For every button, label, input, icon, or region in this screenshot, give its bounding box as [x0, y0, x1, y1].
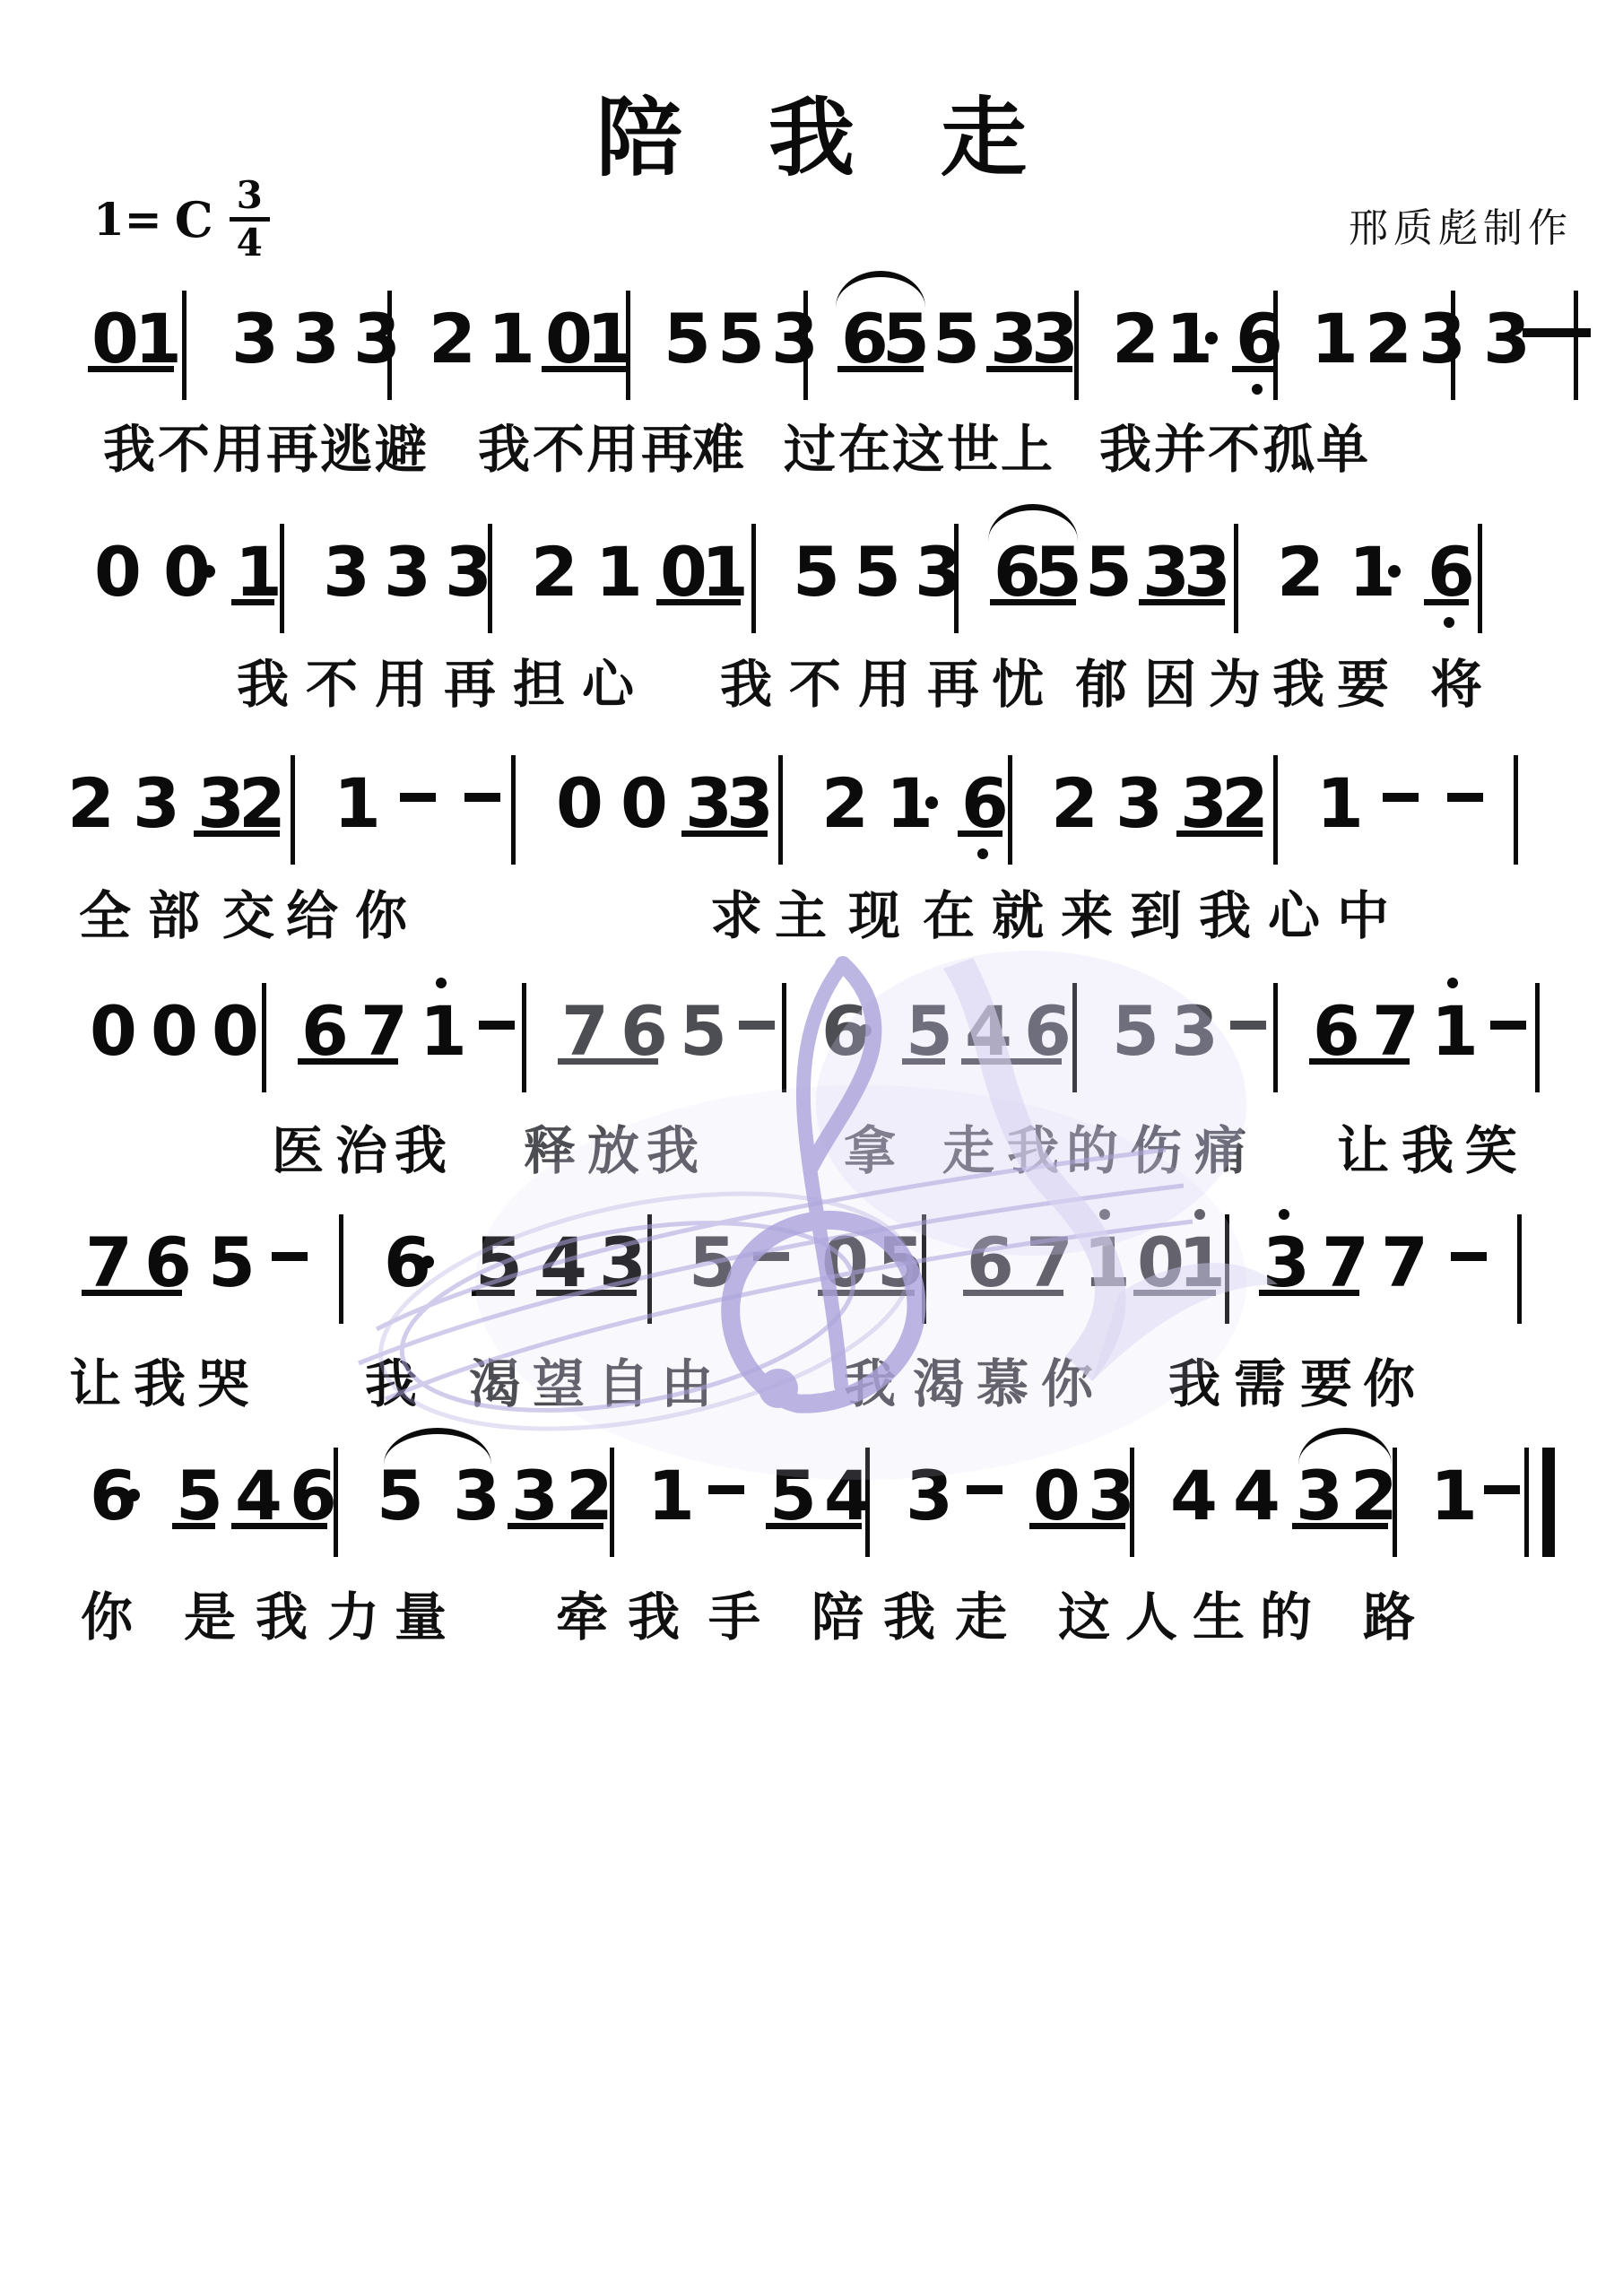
key-letter: C — [175, 191, 213, 248]
lyric-syllable: 不 — [533, 422, 585, 479]
lyric-syllable: 你 — [1041, 1356, 1093, 1413]
barline — [522, 983, 526, 1092]
barline — [291, 755, 295, 865]
duration-dash — [1451, 1252, 1487, 1261]
barline — [1535, 983, 1540, 1092]
lyric-syllable: 现 — [848, 888, 900, 945]
lyric-syllable: 再 — [927, 657, 979, 714]
note-number: 1 — [1349, 538, 1392, 606]
key-prefix: 1= — [93, 193, 162, 246]
lyric-syllable: 不 — [1208, 422, 1260, 479]
lyric-syllable: 孤 — [1263, 422, 1315, 479]
final-barline-thick — [1542, 1448, 1555, 1557]
lyric-syllable: 伤 — [1130, 1123, 1182, 1180]
barline — [1234, 524, 1238, 633]
note-number: 2 — [1051, 770, 1094, 838]
note-number: 6 — [384, 1229, 427, 1297]
note-number: 4 — [1233, 1462, 1276, 1530]
lyric-syllable: 再 — [641, 422, 693, 479]
note-number: 6 — [301, 997, 344, 1065]
watermark-staff-lines — [359, 1150, 1193, 1468]
lyric-syllable: 部 — [148, 888, 200, 945]
note-number: 4 — [540, 1229, 583, 1297]
barline — [782, 983, 786, 1092]
lyric-syllable: 郁 — [1075, 657, 1127, 714]
note-number: 5 — [933, 305, 976, 373]
lyric-syllable: 并 — [1154, 422, 1206, 479]
lyric-syllable: 因 — [1144, 657, 1196, 714]
beam-underline — [986, 366, 1072, 372]
duration-dash — [1230, 1021, 1266, 1030]
note-number: 6 — [994, 538, 1037, 606]
lyric-syllable: 就 — [992, 888, 1044, 945]
note-number: 0 — [91, 305, 135, 373]
beam-underline — [838, 366, 924, 372]
duration-dash — [1447, 793, 1483, 802]
lyric-syllable: 用 — [213, 422, 265, 479]
beam-underline — [963, 1290, 1063, 1296]
note-number: 0 — [212, 997, 255, 1065]
note-number: 7 — [1322, 1229, 1365, 1297]
lyric-syllable: 我 — [628, 1589, 680, 1647]
note-number: 5 — [1112, 997, 1155, 1065]
octave-dot-low — [1252, 384, 1263, 395]
lyric-syllable: 难 — [692, 422, 744, 479]
beam-underline — [990, 599, 1076, 605]
lyric-syllable: 拿 — [844, 1123, 896, 1180]
tie-arc — [988, 504, 1078, 541]
duration-dash — [1555, 328, 1591, 337]
octave-dot-high — [1194, 1209, 1205, 1220]
beam-underline — [1232, 366, 1277, 372]
note-number: 7 — [1026, 1229, 1069, 1297]
lyric-syllable: 心 — [1268, 888, 1320, 945]
lyric-syllable: 用 — [858, 657, 910, 714]
augmentation-dot — [127, 1489, 140, 1501]
barline — [1273, 755, 1278, 865]
duration-dash — [464, 793, 500, 802]
barline — [954, 524, 959, 633]
lyric-syllable: 再 — [266, 422, 318, 479]
octave-dot-high — [1099, 1209, 1110, 1220]
note-number: 2 — [429, 305, 472, 373]
barline — [922, 1214, 926, 1324]
beam-underline — [82, 1290, 182, 1296]
note-number: 6 — [841, 305, 884, 373]
note-number: 0 — [556, 770, 599, 838]
note-number: 5 — [208, 1229, 251, 1297]
barline — [1451, 291, 1455, 400]
barline — [803, 291, 808, 400]
lyric-syllable: 治 — [335, 1123, 387, 1180]
lyric-syllable: 上 — [1001, 422, 1053, 479]
lyric-syllable: 由 — [661, 1356, 713, 1413]
beam-underline — [818, 1290, 915, 1296]
note-number: 4 — [1170, 1462, 1213, 1530]
time-signature: 3 4 — [230, 176, 270, 263]
lyric-syllable: 自 — [597, 1356, 649, 1413]
note-number: 1 — [886, 770, 929, 838]
augmentation-dot — [925, 796, 938, 809]
barline — [339, 1214, 343, 1324]
note-number: 1 — [701, 538, 744, 606]
note-number: 3 — [445, 538, 488, 606]
beam-underline — [1309, 1058, 1410, 1065]
barline — [647, 1214, 652, 1324]
barline — [511, 755, 516, 865]
lyric-syllable: 再 — [444, 657, 496, 714]
key-and-time-signature: 1= C 3 4 — [93, 176, 270, 263]
arranger-credit: 邢质彪制作 — [1349, 196, 1573, 253]
note-number: 6 — [1024, 997, 1067, 1065]
beam-underline — [902, 1058, 945, 1065]
note-number: 6 — [144, 1229, 187, 1297]
note-number: 2 — [67, 770, 110, 838]
beam-underline — [656, 599, 741, 605]
note-number: 5 — [664, 305, 707, 373]
lyric-syllable: 我 — [1007, 1123, 1059, 1180]
note-number: 1 — [334, 770, 377, 838]
lyric-syllable: 将 — [1430, 657, 1482, 714]
note-number: 3 — [906, 1462, 949, 1530]
beam-underline — [1029, 1523, 1125, 1529]
lyric-syllable: 手 — [708, 1589, 760, 1647]
beam-underline — [1424, 599, 1469, 605]
barline — [1273, 983, 1278, 1092]
barline — [1074, 291, 1079, 400]
note-number: 6 — [961, 770, 1004, 838]
note-number: 2 — [1221, 770, 1264, 838]
note-number: 1 — [235, 538, 278, 606]
augmentation-dot — [421, 1256, 434, 1268]
barline — [610, 1448, 614, 1557]
beam-underline — [1139, 599, 1225, 605]
barline — [626, 291, 630, 400]
note-number: 5 — [793, 538, 836, 606]
note-number: 3 — [1296, 1462, 1339, 1530]
lyric-syllable: 全 — [79, 888, 131, 945]
note-number: 1 — [647, 1462, 690, 1530]
beam-underline — [88, 366, 174, 372]
note-number: 7 — [1372, 997, 1415, 1065]
note-number: 3 — [292, 305, 335, 373]
note-number: 0 — [94, 538, 137, 606]
note-number: 5 — [1035, 538, 1078, 606]
lyric-syllable: 量 — [395, 1589, 447, 1647]
lyric-syllable: 我 — [478, 422, 530, 479]
beam-underline — [231, 1523, 327, 1529]
beam-underline — [1259, 1290, 1359, 1296]
lyric-syllable: 我 — [720, 657, 772, 714]
lyric-syllable: 避 — [375, 422, 427, 479]
barline — [1517, 1214, 1522, 1324]
lyric-syllable: 用 — [375, 657, 427, 714]
beam-underline — [542, 366, 626, 372]
duration-dash — [1383, 793, 1419, 802]
lyric-syllable: 要 — [1337, 657, 1389, 714]
time-signature-denominator: 4 — [237, 222, 263, 263]
note-number: 1 — [1166, 305, 1209, 373]
duration-dash — [753, 1252, 789, 1261]
barline — [334, 1448, 338, 1557]
note-number: 1 — [420, 997, 463, 1065]
note-number: 2 — [1112, 305, 1155, 373]
note-number: 3 — [231, 305, 274, 373]
note-number: 3 — [1115, 770, 1159, 838]
barline — [262, 983, 266, 1092]
lyric-syllable: 我 — [647, 1123, 699, 1180]
beam-underline — [231, 599, 274, 605]
note-number: 4 — [965, 997, 1008, 1065]
lyric-syllable: 让 — [1337, 1123, 1389, 1180]
augmentation-dot — [859, 1024, 872, 1037]
note-number: 1 — [1083, 1229, 1126, 1297]
note-number: 1 — [1430, 1462, 1473, 1530]
lyric-syllable: 我 — [365, 1356, 417, 1413]
lyric-syllable: 的 — [1066, 1123, 1118, 1180]
note-number: 5 — [717, 305, 760, 373]
beam-underline — [558, 1058, 658, 1065]
lyric-syllable: 路 — [1363, 1589, 1415, 1647]
lyric-syllable: 不 — [158, 422, 210, 479]
barline — [1393, 1448, 1397, 1557]
octave-dot-high — [1447, 978, 1458, 988]
lyric-syllable: 我 — [237, 657, 289, 714]
lyric-syllable: 让 — [69, 1356, 121, 1413]
note-number: 6 — [1236, 305, 1279, 373]
note-number: 3 — [1142, 538, 1185, 606]
note-number: 1 — [586, 305, 629, 373]
note-number: 3 — [1483, 305, 1526, 373]
note-number: 3 — [1184, 538, 1227, 606]
note-number: 3 — [453, 1462, 496, 1530]
note-number: 6 — [1313, 997, 1356, 1065]
lyric-syllable: 到 — [1130, 888, 1182, 945]
note-number: 5 — [769, 1462, 812, 1530]
lyric-syllable: 我 — [883, 1589, 935, 1647]
note-number: 3 — [1171, 997, 1214, 1065]
lyric-syllable: 痛 — [1194, 1123, 1246, 1180]
lyric-syllable: 你 — [81, 1589, 133, 1647]
lyric-syllable: 担 — [513, 657, 565, 714]
lyric-syllable: 求 — [710, 888, 762, 945]
octave-dot-low — [977, 848, 988, 859]
beam-underline — [172, 1523, 215, 1529]
beam-underline — [298, 1058, 398, 1065]
barline — [751, 524, 756, 633]
note-number: 6 — [821, 997, 864, 1065]
note-number: 1 — [135, 305, 178, 373]
lyric-syllable: 我 — [256, 1589, 308, 1647]
note-number: 0 — [821, 1229, 864, 1297]
lyric-syllable: 用 — [586, 422, 638, 479]
barline — [182, 291, 187, 400]
lyric-syllable: 我 — [103, 422, 155, 479]
lyric-syllable: 忧 — [992, 657, 1044, 714]
lyric-syllable: 给 — [286, 888, 338, 945]
beam-underline — [1176, 831, 1263, 837]
lyric-syllable: 我 — [134, 1356, 186, 1413]
augmentation-dot — [1205, 332, 1218, 344]
barline — [1072, 983, 1077, 1092]
lyric-syllable: 不 — [306, 657, 358, 714]
note-number: 0 — [90, 997, 133, 1065]
note-number: 0 — [151, 997, 194, 1065]
note-number: 2 — [1277, 538, 1320, 606]
note-number: 1 — [595, 538, 638, 606]
lyric-syllable: 牵 — [556, 1589, 608, 1647]
beam-underline — [536, 1290, 637, 1296]
tie-arc — [1298, 1428, 1392, 1465]
duration-dash — [739, 1021, 775, 1030]
lyric-syllable: 来 — [1061, 888, 1113, 945]
note-number: 3 — [1088, 1462, 1131, 1530]
lyric-syllable: 人 — [1125, 1589, 1177, 1647]
note-number: 0 — [1033, 1462, 1076, 1530]
beam-underline — [1292, 1523, 1388, 1529]
note-number: 0 — [545, 305, 588, 373]
lyric-syllable: 在 — [838, 422, 890, 479]
beam-underline — [1133, 1290, 1216, 1296]
lyric-syllable: 渴 — [469, 1356, 521, 1413]
lyric-syllable: 渴 — [913, 1356, 965, 1413]
note-number: 2 — [566, 1462, 609, 1530]
lyric-syllable: 走 — [942, 1123, 994, 1180]
note-number: 3 — [511, 1462, 554, 1530]
note-number: 3 — [915, 538, 958, 606]
lyric-syllable: 生 — [1193, 1589, 1245, 1647]
lyric-syllable: 我 — [1168, 1356, 1220, 1413]
octave-dot-high — [436, 978, 447, 988]
note-number: 2 — [1350, 1462, 1393, 1530]
note-number: 5 — [680, 997, 723, 1065]
lyric-syllable: 主 — [775, 888, 827, 945]
note-number: 3 — [133, 770, 176, 838]
final-barline-thin — [1524, 1448, 1529, 1557]
note-number: 1 — [1178, 1229, 1221, 1297]
note-number: 5 — [882, 305, 925, 373]
barline — [1008, 755, 1012, 865]
note-number: 6 — [90, 1462, 133, 1530]
note-number: 1 — [1431, 997, 1474, 1065]
lyric-syllable: 释 — [524, 1123, 576, 1180]
note-number: 3 — [323, 538, 366, 606]
lyric-syllable: 我 — [395, 1123, 447, 1180]
duration-dash — [1523, 328, 1558, 337]
sheet-music-page: 陪 我 走 1= C 3 4 邢质彪制作 0133321015536553321… — [0, 0, 1623, 2296]
lyric-syllable: 过 — [784, 422, 836, 479]
barline — [1273, 291, 1278, 400]
lyric-syllable: 逃 — [320, 422, 372, 479]
note-number: 1 — [488, 305, 531, 373]
duration-dash — [708, 1485, 744, 1494]
octave-dot-low — [1444, 617, 1454, 628]
note-number: 2 — [821, 770, 864, 838]
lyric-syllable: 望 — [533, 1356, 585, 1413]
note-number: 2 — [531, 538, 574, 606]
lyric-syllable: 世 — [947, 422, 999, 479]
barline — [1514, 755, 1518, 865]
lyric-syllable: 哭 — [197, 1356, 249, 1413]
note-number: 7 — [85, 1229, 128, 1297]
lyric-syllable: 医 — [272, 1123, 324, 1180]
duration-dash — [1490, 1021, 1526, 1030]
lyric-syllable: 走 — [955, 1589, 1007, 1647]
note-number: 5 — [854, 538, 897, 606]
note-number: 6 — [967, 1229, 1010, 1297]
note-number: 2 — [239, 770, 282, 838]
note-number: 2 — [1365, 305, 1408, 373]
lyric-syllable: 放 — [587, 1123, 639, 1180]
note-number: 5 — [1085, 538, 1128, 606]
lyric-syllable: 交 — [222, 888, 274, 945]
tie-arc — [836, 271, 925, 308]
lyric-syllable: 是 — [184, 1589, 236, 1647]
lyric-syllable: 这 — [1058, 1589, 1110, 1647]
note-number: 7 — [1381, 1229, 1424, 1297]
lyric-syllable: 你 — [1363, 1356, 1415, 1413]
barline — [1574, 291, 1578, 400]
note-number: 5 — [377, 1462, 420, 1530]
octave-dot-high — [1279, 1209, 1289, 1220]
lyric-syllable: 这 — [892, 422, 944, 479]
barline — [1130, 1448, 1134, 1557]
lyric-syllable: 我 — [1099, 422, 1151, 479]
barline — [488, 524, 492, 633]
note-number: 4 — [235, 1462, 278, 1530]
note-number: 7 — [360, 997, 404, 1065]
note-number: 0 — [660, 538, 703, 606]
augmentation-dot — [1388, 565, 1401, 578]
lyric-syllable: 中 — [1337, 888, 1389, 945]
note-number: 3 — [1031, 305, 1074, 373]
note-number: 0 — [1137, 1229, 1180, 1297]
duration-dash — [1484, 1485, 1520, 1494]
barline — [387, 291, 392, 400]
note-number: 3 — [197, 770, 240, 838]
lyric-syllable: 的 — [1260, 1589, 1312, 1647]
lyric-syllable: 在 — [923, 888, 975, 945]
lyric-syllable: 力 — [327, 1589, 379, 1647]
augmentation-dot — [203, 565, 215, 578]
note-number: 3 — [1263, 1229, 1306, 1297]
note-number: 3 — [599, 1229, 642, 1297]
lyric-syllable: 单 — [1316, 422, 1368, 479]
tie-arc — [384, 1428, 491, 1465]
beam-underline — [958, 831, 1002, 837]
beam-underline — [194, 831, 280, 837]
note-number: 4 — [824, 1462, 867, 1530]
note-number: 3 — [685, 770, 728, 838]
note-number: 0 — [163, 538, 206, 606]
note-number: 1 — [1311, 305, 1354, 373]
lyric-syllable: 慕 — [976, 1356, 1028, 1413]
lyric-syllable: 我 — [844, 1356, 896, 1413]
note-number: 3 — [726, 770, 769, 838]
beam-underline — [681, 831, 768, 837]
lyric-syllable: 需 — [1234, 1356, 1286, 1413]
time-signature-numerator: 3 — [230, 176, 270, 222]
duration-dash — [967, 1485, 1002, 1494]
lyric-syllable: 你 — [355, 888, 407, 945]
duration-dash — [272, 1252, 308, 1261]
note-number: 1 — [1316, 770, 1359, 838]
beam-underline — [472, 1290, 515, 1296]
duration-dash — [479, 1021, 515, 1030]
barline — [1478, 524, 1482, 633]
beam-underline — [766, 1523, 862, 1529]
lyric-syllable: 我 — [1402, 1123, 1454, 1180]
